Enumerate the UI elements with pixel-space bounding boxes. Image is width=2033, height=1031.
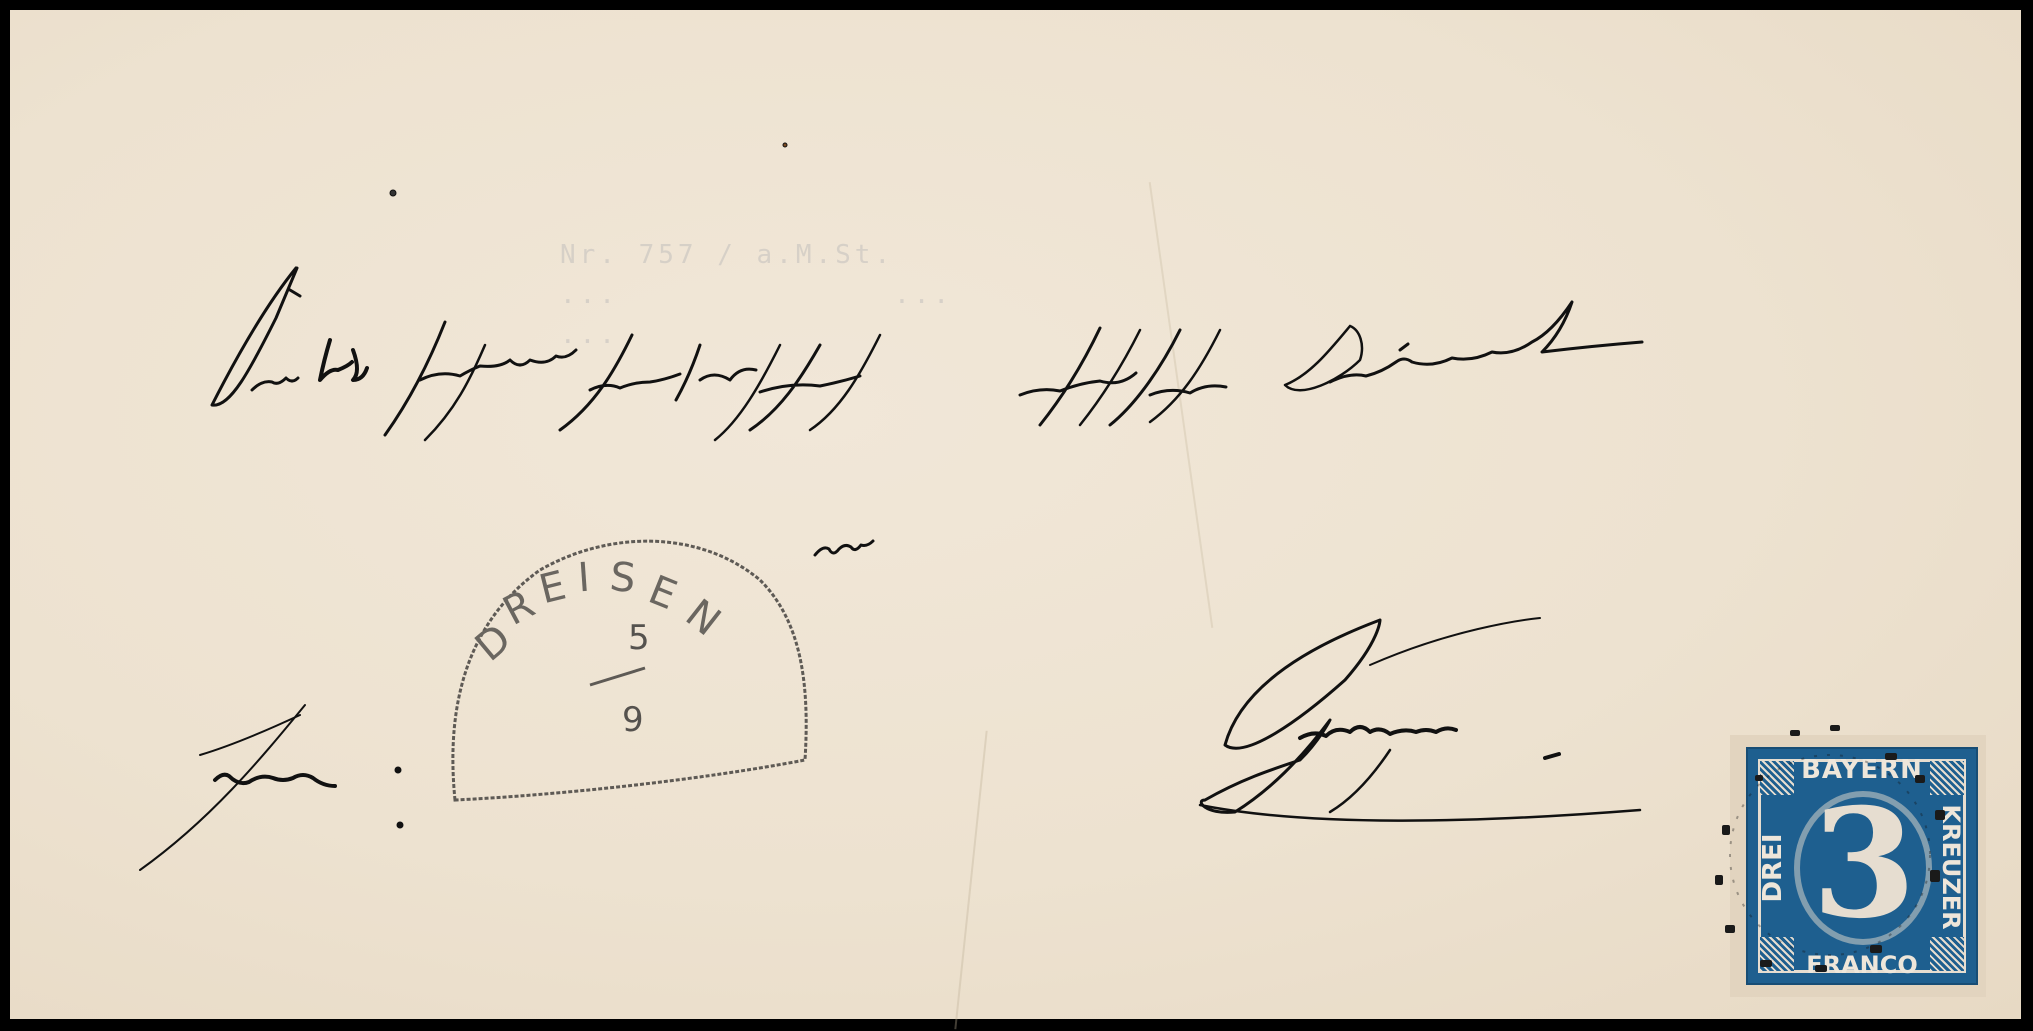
cancel-town-letter: S (608, 554, 638, 602)
stamp-dot-cancel (1700, 715, 2000, 1015)
cancel-town-text: DREISEN (560, 640, 610, 651)
cancel-day: 5 (628, 618, 650, 658)
cancel-month: 9 (622, 700, 644, 740)
